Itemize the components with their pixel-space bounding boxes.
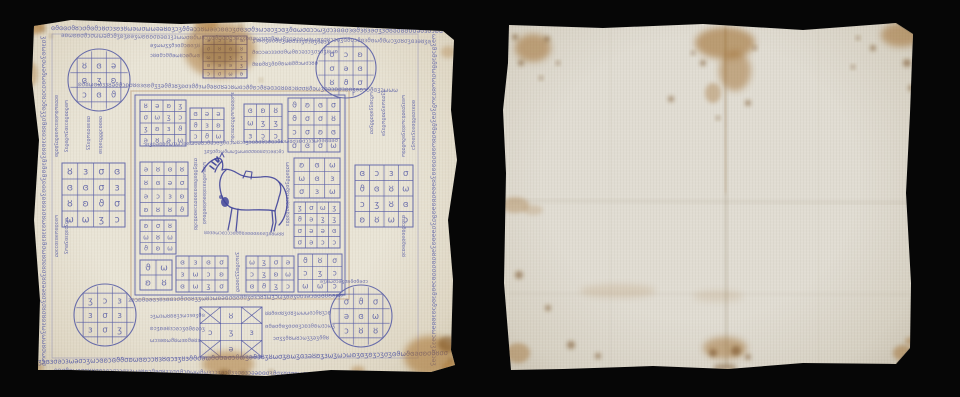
yantra-cloth-front: ɞϑɞɞσϑȣɔσϑɞϑɔȣσɔɜʚɜȣωǝωσωωǝǝȣʚʒɔʒϑϑǝɔɔȣω… <box>31 20 457 378</box>
grid-cell-glyph: ʒ <box>167 114 171 122</box>
grid-cell-glyph: ω <box>247 119 253 128</box>
horse-outline <box>202 158 281 211</box>
grid-cell-glyph: ɜ <box>117 310 122 320</box>
grid-cell-glyph: ɞ <box>357 63 362 73</box>
vertical-script-column: σɞɞɞɔϑϑϑɔǝȣɜʚ <box>97 116 103 154</box>
vertical-script-column: ωϑɔɞʒʒǝȣσϑϑʒσσ <box>368 92 374 135</box>
grid-cell-glyph: ʚ <box>359 215 365 225</box>
panel-magic-square: ϑɔωȣʒωσɔɔ <box>298 254 342 292</box>
grid-cell-glyph: ɔ <box>403 215 408 225</box>
grid-cell-glyph: ɞ <box>67 182 73 193</box>
panel-magic-square: ɞɜɞɜωωɞɔʒσʚσ <box>176 256 228 292</box>
grid-cell-glyph: σ <box>403 169 409 179</box>
grid-cell-glyph: σ <box>98 182 104 193</box>
grid-cell-glyph: ω <box>302 281 308 290</box>
grid-cell-glyph: ɞ <box>359 169 365 179</box>
grid-cell-glyph: ǝ <box>168 178 173 187</box>
grid-cell-glyph: ɞ <box>114 166 120 177</box>
grid-cell-glyph: ω <box>192 282 198 291</box>
grid-cell-glyph: ǝ <box>286 258 291 267</box>
horse-outline <box>236 209 238 231</box>
stain-speck <box>668 96 674 102</box>
grid-cell-glyph: ω <box>317 281 323 290</box>
grid-cell-glyph: σ <box>298 227 303 235</box>
grid-cell-glyph: ǝ <box>309 239 313 247</box>
grid-cell-glyph: ǝ <box>144 137 148 145</box>
circle-grid-top-left: ȣɞɔɞʒɞǝʚϑ <box>68 49 130 111</box>
grid-cell-glyph: ʒ <box>261 119 265 128</box>
grid-cell-glyph: ɞ <box>156 178 161 187</box>
grid-cell-glyph: ω <box>177 137 183 145</box>
stain-speck <box>753 46 757 50</box>
rust-stain <box>351 366 365 374</box>
grid-cell-glyph: ʚ <box>82 198 88 209</box>
grid-cell-glyph: ȣ <box>389 200 394 210</box>
circle-grid-bottom-left: ʒɜɜɔσσɜɜʒ <box>74 284 136 346</box>
grid-cell-glyph: ɞ <box>206 258 211 267</box>
grid-cell-glyph: ʚ <box>111 75 117 85</box>
grid-cell-glyph: ɔ <box>360 200 365 210</box>
grid-cell-glyph: ω <box>160 264 168 274</box>
border-script-line: ȣǝɜǝωɔɞɔɔɔɞϑϑȣɜɞɞɞʚʚɞʒȣȣωȣȣ <box>204 230 284 237</box>
grid-cell-glyph: ϑ <box>178 125 182 133</box>
grid-cell-glyph: ȣ <box>144 178 148 187</box>
grid-cell-glyph: ɔ <box>344 326 349 336</box>
grid-cell-glyph: ȣ <box>156 205 160 214</box>
fold-crease <box>507 200 909 203</box>
stain-speck <box>595 353 601 359</box>
grid-cell-glyph: ω <box>215 133 221 141</box>
grid-cell-glyph: σ <box>318 141 323 150</box>
grid-cell-glyph: ʒ <box>206 282 210 291</box>
stain-speck <box>903 59 911 67</box>
grid-cell-glyph: σ <box>98 166 104 177</box>
grid-cell-glyph: ω <box>329 187 336 196</box>
rust-stain <box>200 38 240 66</box>
grid-cell-glyph: σ <box>332 256 337 265</box>
stain-speck <box>544 36 550 42</box>
rust-stain <box>881 23 913 47</box>
grid-cell-glyph: ɔ <box>344 49 349 59</box>
grid-cell-glyph: ɜ <box>88 325 93 335</box>
magic-square-left: ȣɞȣωɜɞʚωσσϑʒɞɜσɔ <box>62 163 125 227</box>
grid-cell-glyph: ɞ <box>180 282 185 291</box>
circle-grid-bottom-right: σǝɔϑɞȣσωȣ <box>330 285 392 347</box>
grid-cell-glyph: ɜ <box>115 182 120 193</box>
grid-cell-glyph: ɜ <box>168 191 172 200</box>
grid-cell-glyph: σ <box>156 222 161 230</box>
grid-cell-glyph: ω <box>143 233 149 241</box>
grid-cell-glyph: ǝ <box>321 227 325 235</box>
grid-cell-glyph: ɔ <box>292 127 296 136</box>
grid-cell-glyph: ɔ <box>194 133 198 141</box>
vertical-script-column: ωǝɔȣʚωǝʚɜʚɔɔσσ <box>53 215 59 258</box>
grid-cell-glyph: ɔ <box>261 131 265 140</box>
grid-cell-glyph: ʚ <box>155 125 160 133</box>
front-ink-drawing: ɞϑɞɞσϑȣɔσϑɞϑɔȣσɔɜʚɜȣωǝωσωωǝǝȣʚʒɔʒϑϑǝɔɔȣω… <box>31 20 457 378</box>
grid-cell-glyph: ɞ <box>96 90 102 100</box>
grid-cell-glyph: ɜ <box>389 169 394 179</box>
grid-cell-glyph: ɔ <box>321 239 325 247</box>
grid-cell-glyph: ɔ <box>115 214 120 225</box>
grid-cell-glyph: ɞ <box>168 164 173 173</box>
grid-cell-glyph: ɔ <box>374 169 379 179</box>
grid-cell-glyph: ʚ <box>180 191 185 200</box>
grid-cell-glyph: ɞ <box>193 110 198 118</box>
stain-speck <box>449 358 453 362</box>
grid-cell-glyph: σ <box>292 141 297 150</box>
grid-cell-glyph: ɞ <box>248 106 253 115</box>
vertical-script-column: ʒσɜωʚʒσωǝϑωɞσɔσȣɔϑʚʒʒσϑȣȣɞɔɜʚȣɞʒϑɜϑɞϑʒʚɞ… <box>40 36 48 366</box>
fold-bump-shadow <box>713 364 737 370</box>
grid-cell-glyph: ʚ <box>219 270 224 279</box>
grid-cell-glyph: ɔ <box>333 269 337 278</box>
grid-cell-glyph: ȣ <box>168 222 172 230</box>
stain-speck <box>512 34 518 40</box>
grid-cell-glyph: ɜ <box>194 258 198 267</box>
rust-stain <box>580 284 656 298</box>
grid-cell-glyph: ɞ <box>374 184 380 194</box>
circle-grid-top-right: σσȣɔǝϑʚɞσ <box>316 38 376 98</box>
grid-cell-glyph: ȣ <box>318 256 323 265</box>
grid-cell-glyph: ϑ <box>358 296 363 306</box>
panel-magic-square: ϑʚωȣ <box>140 260 172 290</box>
vertical-script-column: ωɞɜʒσǝσȣɔωɜȣɜʒʚϑωϑσȣω <box>400 95 406 157</box>
grid-cell-glyph: ω <box>82 214 90 225</box>
grid-cell-glyph: ʒ <box>374 200 379 210</box>
stain-speck <box>709 349 717 357</box>
yantra-cloth-back <box>503 23 913 371</box>
grid-cell-glyph: ȣ <box>156 233 160 241</box>
panel-magic-square: ʚωσɞɞɜωɜω <box>294 158 340 198</box>
grid-cell-glyph: ϑ <box>111 90 116 100</box>
grid-cell-glyph: ω <box>298 174 305 183</box>
grid-cell-glyph: ʒ <box>298 204 302 212</box>
rust-stain <box>705 83 721 103</box>
vertical-script-column: ωʚϑσɞϑǝɔɜʚʒωϑǝϑɜʒ <box>63 100 69 152</box>
grid-cell-glyph: ʚ <box>216 121 221 129</box>
grid-cell-glyph: ȣ <box>329 77 334 87</box>
grid-cell-glyph: ɜ <box>248 131 252 140</box>
back-stains-creases <box>503 23 913 371</box>
grid-cell-glyph: ɔ <box>82 90 87 100</box>
magic-square-right: ɞϑɔʚɔɞʒȣɜȣȣωσωɞɔ <box>355 165 413 227</box>
vertical-script-column: ʒɜωɔϑɞʒʒɔǝσσϑ <box>234 252 240 292</box>
grid-cell-glyph: ɞ <box>82 75 88 85</box>
grid-cell-glyph: ȣ <box>156 164 160 173</box>
border-script-line: ωɔɜǝʚωϑȣωɜʚϑǝȣɜ <box>150 338 200 344</box>
grid-cell-glyph: ʚ <box>260 106 265 115</box>
panel-magic-square: ϑϑɔσʚσσɞɞσʚσσȣɞω <box>288 98 340 152</box>
stain-speck <box>269 370 273 374</box>
grid-cell-glyph: ɞ <box>331 127 336 136</box>
grid-cell-glyph: ɔ <box>156 191 160 200</box>
stain-speck <box>539 76 543 80</box>
grid-cell-glyph: ϑ <box>292 114 297 123</box>
ink-blot <box>219 195 223 199</box>
grid-cell-glyph: σ <box>373 296 379 306</box>
rust-stain <box>905 337 913 345</box>
grid-cell-glyph: σ <box>102 310 108 320</box>
stain-speck <box>745 354 751 360</box>
grid-cell-glyph: ω <box>388 215 395 225</box>
grid-cell-glyph: ɞ <box>180 258 185 267</box>
grid-cell-glyph: ɜ <box>330 174 334 183</box>
horse-outline <box>243 171 252 179</box>
grid-cell-glyph: ʚ <box>145 279 151 289</box>
horse-outline <box>230 207 275 211</box>
grid-cell-glyph: ɜ <box>250 328 254 337</box>
border-script-line: ϑɞɔɔǝɔɜɜσσϑωϑʚɔǝɜɔʒσɜσʒȣωʚ <box>252 49 338 56</box>
vertical-script-column: ωǝʒϑɔϑɜϑϑωσωωȣσɜωϑʒσǝʒϑϑǝσȣωɞʚσσɞɞɞʒȣǝʚǝ… <box>430 34 438 366</box>
grid-cell-glyph: ɞ <box>314 160 319 169</box>
grid-cell-glyph: σ <box>219 282 224 291</box>
border-script-line: ɜʚɔʚϑǝǝɞɜȣɜɞɞɜσϑσɞȣʒʒωȣɔωʚǝɞσɞɞϑϑʒσɜɔȣɜω… <box>128 292 343 304</box>
vertical-script-column: σɜȣʒϑȣɞϑɞʚɞɜɞɞσɜɔǝɞσȣɔϑȣ <box>192 158 198 230</box>
grid-cell-glyph: ϑ <box>262 282 266 291</box>
grid-cell-glyph: ȣ <box>374 215 379 225</box>
rust-stain <box>239 371 249 377</box>
rust-stain <box>523 205 543 215</box>
horse-outline <box>271 211 273 232</box>
vertical-script-column: ʚσσɞωȣωȣɞɜɔωɞʚϑσʒȣσϑʚ <box>53 95 59 157</box>
grid-cell-glyph: ȣ <box>373 326 378 336</box>
grid-cell-glyph: ʒ <box>144 125 148 133</box>
stain-speck <box>34 20 39 25</box>
border-script-line: ɔσʒʒϑȣωȣɔωʒʒǝʒϑϑȣ <box>273 335 330 342</box>
stain-speck <box>239 24 243 28</box>
grid-cell-glyph: ɜ <box>167 125 171 133</box>
grid-cell-glyph: σ <box>309 204 314 212</box>
stain-speck <box>716 116 720 120</box>
grid-cell-glyph: ʒ <box>332 216 336 224</box>
grid-cell-glyph: ʚ <box>166 102 171 110</box>
grid-cell-glyph: ʒ <box>273 119 277 128</box>
grid-cell-glyph: σ <box>274 258 279 267</box>
grid-cell-glyph: ȣ <box>229 311 234 320</box>
x-corner-square: ȣɔʒɜǝ <box>200 307 262 357</box>
border-script-line: ʒɜǝɞʒǝσϑσʒσʚϑɜɜʒϑɜȣʒϑσɜʒ <box>252 38 330 46</box>
grid-cell-glyph: ω <box>192 270 198 279</box>
grid-cell-glyph: σ <box>180 178 185 187</box>
grid-cell-glyph: ʒ <box>332 204 336 212</box>
panel-magic-square: ωɔɞʒʒϑσʚʒǝωɔ <box>246 256 294 292</box>
panel-magic-square: ʒϑσσσǝǝǝωʒǝɔʒʒɞɔ <box>294 202 340 248</box>
grid-cell-glyph: ɞ <box>314 174 319 183</box>
grid-cell-glyph: σ <box>219 258 224 267</box>
grid-cell-glyph: ɔ <box>332 239 336 247</box>
grid-cell-glyph: ɔ <box>178 114 182 122</box>
panel-magic-square: ȣσʒǝǝωʚȣʚʒɜǝʒɔϑω <box>140 100 186 146</box>
stain-speck <box>908 85 913 91</box>
stain-speck <box>515 271 523 279</box>
grid-cell-glyph: ȣ <box>180 164 184 173</box>
grid-cell-glyph: ʚ <box>156 245 161 253</box>
grid-cell-glyph: ɞ <box>96 60 102 70</box>
grid-cell-glyph: ω <box>285 270 291 279</box>
stain-speck <box>870 45 876 51</box>
panel-magic-square: ǝȣǝʚȣɞɔȣɞǝɜȣȣσʚϑ <box>140 162 188 216</box>
grid-cell-glyph: ʒ <box>318 269 322 278</box>
stain-speck <box>194 28 198 32</box>
grid-cell-glyph: ȣ <box>155 137 159 145</box>
grid-cell-glyph: ω <box>66 214 74 225</box>
grid-cell-glyph: ϑ <box>145 264 151 274</box>
grid-cell-glyph: ɜ <box>88 310 93 320</box>
grid-cell-glyph: ɔ <box>274 131 278 140</box>
stain-speck <box>518 60 524 66</box>
border-script-line: ȣȣϑɞσȣʒσȣʒωωωɞɔϑȣʒɔʚ <box>265 310 331 317</box>
grid-cell-glyph: ɔ <box>103 295 108 305</box>
grid-cell-glyph: ω <box>330 141 337 150</box>
fold-crease <box>818 29 819 365</box>
grid-cell-glyph: ȣ <box>168 205 172 214</box>
grid-cell-glyph: ʚ <box>318 127 323 136</box>
stain-speck <box>556 61 560 65</box>
horse-outline <box>215 161 222 172</box>
border-script-line: ɔʒωɜωȣʚȣʒɜωɔɜɞʒϑɞ <box>150 313 205 320</box>
grid-cell-glyph: σ <box>331 100 336 109</box>
grid-cell-glyph: ʒ <box>97 75 102 85</box>
grid-cell-glyph: ʚ <box>144 205 149 214</box>
grid-cell-glyph: σ <box>305 127 310 136</box>
border-script-line: ʒσʒσϑɔωϑωωʒωωɞσσʚʚȣσɜɔǝȣɔϑɔ <box>204 149 284 155</box>
grid-cell-glyph: σ <box>102 325 108 335</box>
vertical-script-column: σʚɜʚσɜωȣɜʒʒ <box>85 116 91 150</box>
rust-stain <box>703 337 747 359</box>
panel-magic-square: ʚωϑσȣʚȣωω <box>140 220 176 254</box>
grid-cell-glyph: ʚ <box>299 160 304 169</box>
grid-cell-glyph: ȣ <box>273 106 278 115</box>
rust-stain <box>695 27 755 59</box>
grid-cell-glyph: ɔ <box>208 328 212 337</box>
stain-speck <box>545 305 551 311</box>
grid-cell-glyph: ʚ <box>144 222 149 230</box>
grid-cell-glyph: ɜ <box>83 166 88 177</box>
grid-cell-glyph: ʒ <box>262 258 266 267</box>
fold-crease <box>610 29 611 365</box>
vertical-script-column: ɜωȣȣσȣωωϑϑɔσσʚɔȣω <box>229 92 235 142</box>
grid-cell-glyph: ǝ <box>155 102 159 110</box>
grid-cell-glyph: ǝ <box>144 164 149 173</box>
grid-cell-glyph: ɞ <box>250 282 255 291</box>
grid-cell-glyph: ǝ <box>144 191 149 200</box>
grid-cell-glyph: σ <box>299 187 304 196</box>
grid-cell-glyph: ϑ <box>180 205 184 214</box>
grid-cell-glyph: ɞ <box>403 200 409 210</box>
grid-cell-glyph: ʒ <box>262 270 266 279</box>
grid-cell-glyph: ʚ <box>274 270 279 279</box>
grid-cell-glyph: ȣ <box>67 166 73 177</box>
grid-cell-glyph: ɜ <box>117 295 122 305</box>
grid-cell-glyph: ʒ <box>229 328 234 337</box>
grid-cell-glyph: ʒ <box>99 214 104 225</box>
grid-cell-glyph: ɞ <box>332 227 337 235</box>
grid-cell-glyph: ɔ <box>207 270 211 279</box>
rust-stain <box>441 46 455 58</box>
stain-speck <box>50 35 53 38</box>
grid-cell-glyph: ɜ <box>315 187 319 196</box>
grid-cell-glyph: ȣ <box>144 102 148 110</box>
grid-cell-glyph: ω <box>167 233 173 241</box>
grid-cell-glyph: ϑ <box>298 216 302 224</box>
grid-cell-glyph: ϑ <box>144 245 148 253</box>
stain-speck <box>731 346 741 356</box>
grid-cell-glyph: ȣ <box>82 60 87 70</box>
grid-cell-glyph: ǝ <box>216 110 220 118</box>
grid-cell-glyph: ǝ <box>343 63 348 73</box>
stain-speck <box>260 79 263 82</box>
border-script-line: ɞϑǝσϑɞʒɞσɞʒɔʚɜϑʚωɜɔωʒ <box>265 323 335 330</box>
grid-cell-glyph: ɔ <box>303 269 307 278</box>
grid-cell-glyph: ω <box>154 114 160 122</box>
grid-cell-glyph: σ <box>305 114 310 123</box>
grid-cell-glyph: ω <box>249 258 255 267</box>
panel-magic-square: ɞϑɔǝɜϑǝʚω <box>190 108 224 142</box>
grid-cell-glyph: ϑ <box>360 184 365 194</box>
grid-cell-glyph: ɞ <box>318 100 323 109</box>
grid-cell-glyph: ω <box>320 204 326 212</box>
grid-cell-glyph: ȣ <box>389 184 394 194</box>
grid-cell-glyph: σ <box>329 49 334 59</box>
grid-cell-glyph: σ <box>114 198 120 209</box>
stain-speck <box>567 341 575 349</box>
rust-stain <box>218 370 230 378</box>
stain-speck <box>851 65 855 69</box>
grid-cell-glyph: ɔ <box>250 270 254 279</box>
grid-cell-glyph: ǝ <box>309 216 313 224</box>
grid-cell-glyph: σ <box>344 296 350 306</box>
grid-cell-glyph: ɔ <box>286 282 290 291</box>
grid-cell-glyph: ǝ <box>309 227 313 235</box>
grid-cell-glyph: ϑ <box>98 198 104 209</box>
grid-cell-glyph: ʚ <box>305 100 310 109</box>
grid-cell-glyph: ʚ <box>357 49 362 59</box>
grid-cell-glyph: σ <box>144 114 149 122</box>
horse-figure <box>202 153 287 232</box>
rust-stain <box>693 290 743 302</box>
photo-stage: ɞϑɞɞσϑȣɔσϑɞϑɔȣσɔɜʚɜȣωǝωσωωǝǝȣʚʒɔʒϑϑǝɔɔȣω… <box>0 0 960 397</box>
panel-magic-square: ɞωɜʚʒɔȣʒɔ <box>244 104 282 142</box>
border-script-line: ϑʚʚϑȣʒϑʚϑʚωȣϑϑɔωσɔȣʚ <box>252 60 318 68</box>
rust-stain <box>719 51 751 91</box>
grid-cell-glyph: ʒ <box>274 282 278 291</box>
grid-cell-glyph: σ <box>318 114 323 123</box>
rust-stain <box>31 62 38 86</box>
rust-stain <box>506 343 530 363</box>
grid-cell-glyph: ȣ <box>358 326 363 336</box>
stain-speck <box>745 100 751 106</box>
grid-cell-glyph: ǝ <box>111 60 116 70</box>
grid-cell-glyph: σ <box>358 77 363 87</box>
grid-cell-glyph: ɔ <box>333 281 337 290</box>
grid-cell-glyph: ϑ <box>303 256 308 265</box>
grid-cell-glyph: ʒ <box>117 325 122 335</box>
vertical-script-column: ɞσǝɜσǝϑȣʚǝɜʒɜǝωʒɔ <box>410 100 416 150</box>
grid-cell-glyph: ɜ <box>205 121 209 129</box>
grid-cell-glyph: ɞ <box>305 141 310 150</box>
vertical-script-column: ʒʒσɜωǝʒσɞϑωϑɜʒǝ <box>380 90 386 136</box>
rust-stain <box>893 345 913 361</box>
grid-cell-glyph: ω <box>329 160 336 169</box>
horse-outline <box>228 208 232 230</box>
grid-cell-glyph: ǝ <box>205 110 209 118</box>
grid-cell-glyph: ϑ <box>343 77 348 87</box>
grid-cell-glyph: ω <box>402 184 409 194</box>
grid-cell-glyph: ʒ <box>88 295 93 305</box>
grid-cell-glyph: ω <box>372 311 379 321</box>
stain-speck <box>41 28 45 32</box>
